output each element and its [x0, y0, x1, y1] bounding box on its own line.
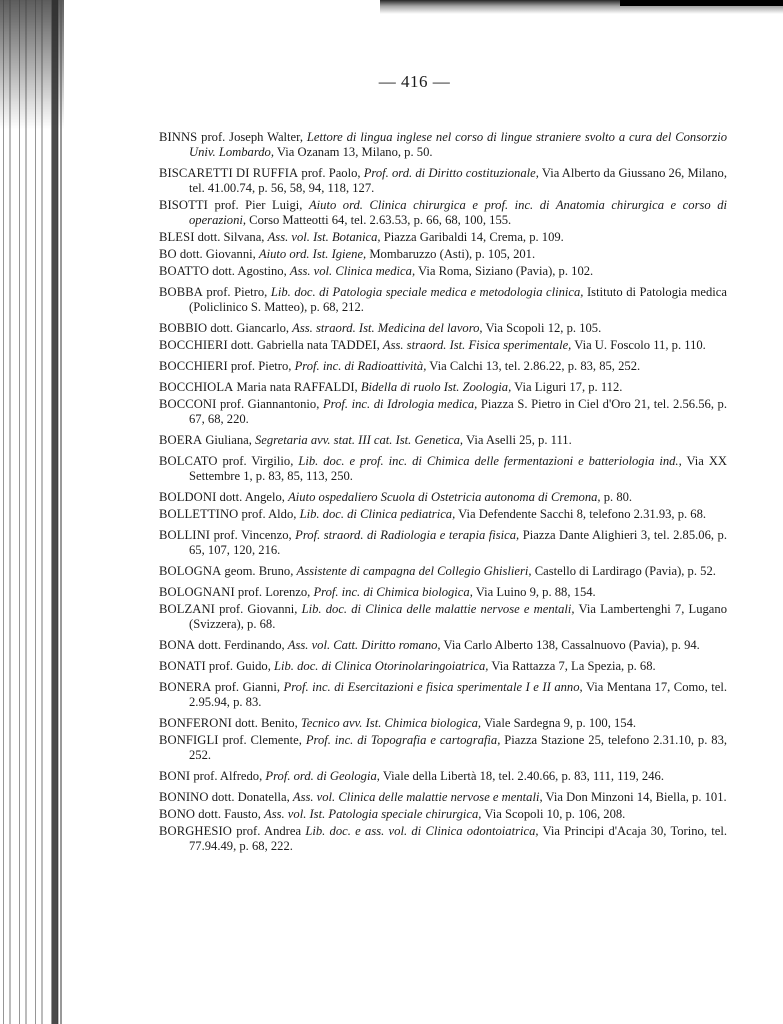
entry-role: Lib. doc. di Clinica pediatrica,: [300, 507, 456, 521]
entry-surname: BOLZANI: [159, 602, 215, 616]
directory-entry: BOLZANI prof. Giovanni, Lib. doc. di Cli…: [159, 602, 727, 632]
entry-name: dott. Fausto,: [195, 807, 264, 821]
binding-shadow: [52, 0, 58, 1024]
entry-name: geom. Bruno,: [221, 564, 296, 578]
entry-surname: BOLOGNA: [159, 564, 221, 578]
directory-entry: BOCCONI prof. Giannantonio, Prof. inc. d…: [159, 397, 727, 427]
entry-surname: BONINO: [159, 790, 209, 804]
entry-name: Maria nata RAFFALDI,: [233, 380, 360, 394]
entry-details: p. 80.: [601, 490, 632, 504]
entry-name: prof. Giannantonio,: [216, 397, 323, 411]
entry-role: Ass. vol. Ist. Patologia speciale chirur…: [264, 807, 481, 821]
directory-entry: BOBBA prof. Pietro, Lib. doc. di Patolog…: [159, 285, 727, 315]
entry-details: Mombaruzzo (Asti), p. 105, 201.: [366, 247, 535, 261]
entry-details: Via Scopoli 10, p. 106, 208.: [481, 807, 625, 821]
entry-name: dott. Giancarlo,: [207, 321, 292, 335]
entry-role: Prof. inc. di Esercitazioni e fisica spe…: [284, 680, 583, 694]
entry-surname: BONFIGLI: [159, 733, 219, 747]
entry-name: dott. Silvana,: [194, 230, 267, 244]
entry-role: Ass. vol. Ist. Botanica,: [268, 230, 381, 244]
directory-entry: BONA dott. Ferdinando, Ass. vol. Catt. D…: [159, 638, 727, 653]
entry-details: Via Ozanam 13, Milano, p. 50.: [274, 145, 433, 159]
entry-details: Via Liguri 17, p. 112.: [511, 380, 622, 394]
entry-role: Lib. doc. di Clinica delle malattie nerv…: [302, 602, 575, 616]
entry-surname: BO: [159, 247, 177, 261]
entry-details: Via Calchi 13, tel. 2.86.22, p. 83, 85, …: [426, 359, 640, 373]
entry-name: dott. Gabriella nata TADDEI,: [228, 338, 383, 352]
entry-surname: BOLCATO: [159, 454, 218, 468]
entry-surname: BLESI: [159, 230, 194, 244]
directory-entry: BONFERONI dott. Benito, Tecnico avv. Ist…: [159, 716, 727, 731]
entry-surname: BORGHESIO: [159, 824, 232, 838]
directory-entry: BISCARETTI DI RUFFIA prof. Paolo, Prof. …: [159, 166, 727, 196]
directory-entry: BOLCATO prof. Virgilio, Lib. doc. e prof…: [159, 454, 727, 484]
entry-surname: BOLLINI: [159, 528, 210, 542]
entry-surname: BISCARETTI DI RUFFIA: [159, 166, 298, 180]
entry-role: Prof. inc. di Idrologia medica,: [323, 397, 477, 411]
entry-name: dott. Giovanni,: [177, 247, 259, 261]
entry-name: prof. Giovanni,: [215, 602, 302, 616]
entry-name: prof. Guido,: [206, 659, 274, 673]
entry-surname: BONO: [159, 807, 195, 821]
directory-entry: BLESI dott. Silvana, Ass. vol. Ist. Bota…: [159, 230, 727, 245]
entry-role: Aiuto ospedaliero Scuola di Ostetricia a…: [288, 490, 601, 504]
directory-entry: BOCCHIOLA Maria nata RAFFALDI, Bidella d…: [159, 380, 727, 395]
entry-name: dott. Benito,: [232, 716, 301, 730]
entry-details: Via Aselli 25, p. 111.: [463, 433, 572, 447]
directory-entry: BISOTTI prof. Pier Luigi, Aiuto ord. Cli…: [159, 198, 727, 228]
entry-role: Ass. vol. Catt. Diritto romano,: [288, 638, 441, 652]
entry-name: prof. Vincenzo,: [210, 528, 295, 542]
entry-role: Segretaria avv. stat. III cat. Ist. Gene…: [255, 433, 463, 447]
entry-role: Tecnico avv. Ist. Chimica biologica,: [301, 716, 481, 730]
entry-role: Prof. straord. di Radiologia e terapia f…: [295, 528, 519, 542]
entry-surname: BOATTO: [159, 264, 209, 278]
entry-name: prof. Gianni,: [211, 680, 283, 694]
directory-entry: BOLLINI prof. Vincenzo, Prof. straord. d…: [159, 528, 727, 558]
entry-name: dott. Agostino,: [209, 264, 290, 278]
entry-surname: BOBBA: [159, 285, 203, 299]
directory-entry: BINNS prof. Joseph Walter, Lettore di li…: [159, 130, 727, 160]
directory-entry: BOATTO dott. Agostino, Ass. vol. Clinica…: [159, 264, 727, 279]
directory-entry: BONO dott. Fausto, Ass. vol. Ist. Patolo…: [159, 807, 727, 822]
entry-surname: BOERA: [159, 433, 202, 447]
entry-role: Aiuto ord. Ist. Igiene,: [259, 247, 366, 261]
entry-role: Ass. straord. Ist. Medicina del lavoro,: [292, 321, 482, 335]
entry-details: Piazza Garibaldi 14, Crema, p. 109.: [381, 230, 564, 244]
entry-name: prof. Pietro,: [203, 285, 271, 299]
entry-name: prof. Paolo,: [298, 166, 364, 180]
entry-surname: BOLOGNANI: [159, 585, 235, 599]
entry-name: dott. Donatella,: [209, 790, 293, 804]
directory-entry: BONI prof. Alfredo, Prof. ord. di Geolog…: [159, 769, 727, 784]
directory-entry: BO dott. Giovanni, Aiuto ord. Ist. Igien…: [159, 247, 727, 262]
entry-role: Lib. doc. di Clinica Otorinolaringoiatri…: [274, 659, 488, 673]
entry-details: Viale della Libertà 18, tel. 2.40.66, p.…: [380, 769, 664, 783]
entry-surname: BONA: [159, 638, 195, 652]
entry-role: Lib. doc. e prof. inc. di Chimica delle …: [298, 454, 681, 468]
entry-role: Lib. doc. di Patologia speciale medica e…: [271, 285, 584, 299]
entry-role: Ass. vol. Clinica delle malattie nervose…: [293, 790, 543, 804]
directory-entry: BONERA prof. Gianni, Prof. inc. di Eserc…: [159, 680, 727, 710]
directory-entry: BOLDONI dott. Angelo, Aiuto ospedaliero …: [159, 490, 727, 505]
entry-details: Corso Matteotti 64, tel. 2.63.53, p. 66,…: [246, 213, 511, 227]
entry-details: Viale Sardegna 9, p. 100, 154.: [481, 716, 636, 730]
directory-entry: BONINO dott. Donatella, Ass. vol. Clinic…: [159, 790, 727, 805]
entry-name: prof. Aldo,: [238, 507, 299, 521]
entry-surname: BOCCHIERI: [159, 338, 228, 352]
directory-entry: BOBBIO dott. Giancarlo, Ass. straord. Is…: [159, 321, 727, 336]
scanner-top-edge: [620, 0, 783, 6]
entry-role: Bidella di ruolo Ist. Zoologia,: [361, 380, 511, 394]
entry-name: dott. Angelo,: [216, 490, 288, 504]
entry-details: Via Roma, Siziano (Pavia), p. 102.: [415, 264, 593, 278]
directory-entry: BOLLETTINO prof. Aldo, Lib. doc. di Clin…: [159, 507, 727, 522]
entry-surname: BOLDONI: [159, 490, 216, 504]
directory-entry: BONFIGLI prof. Clemente, Prof. inc. di T…: [159, 733, 727, 763]
entry-surname: BONFERONI: [159, 716, 232, 730]
page-number: — 416 —: [0, 72, 783, 92]
entry-name: dott. Ferdinando,: [195, 638, 288, 652]
entry-name: prof. Pietro,: [228, 359, 295, 373]
directory-entry: BOERA Giuliana, Segretaria avv. stat. II…: [159, 433, 727, 448]
entry-details: Via U. Foscolo 11, p. 110.: [571, 338, 706, 352]
entry-name: prof. Lorenzo,: [235, 585, 314, 599]
entry-role: Lib. doc. e ass. vol. di Clinica odontoi…: [305, 824, 538, 838]
entry-surname: BOBBIO: [159, 321, 207, 335]
entry-details: Via Luino 9, p. 88, 154.: [473, 585, 596, 599]
entry-name: prof. Andrea: [232, 824, 305, 838]
entry-surname: BINNS: [159, 130, 197, 144]
directory-entry: BOCCHIERI prof. Pietro, Prof. inc. di Ra…: [159, 359, 727, 374]
entry-surname: BONERA: [159, 680, 211, 694]
directory-entry: BOCCHIERI dott. Gabriella nata TADDEI, A…: [159, 338, 727, 353]
entry-details: Via Scopoli 12, p. 105.: [483, 321, 602, 335]
directory-entries: BINNS prof. Joseph Walter, Lettore di li…: [159, 130, 727, 856]
directory-entry: BOLOGNANI prof. Lorenzo, Prof. inc. di C…: [159, 585, 727, 600]
binding-shadow-secondary: [60, 0, 62, 1024]
entry-surname: BOCCHIOLA: [159, 380, 233, 394]
entry-details: Via Rattazza 7, La Spezia, p. 68.: [488, 659, 655, 673]
directory-entry: BORGHESIO prof. Andrea Lib. doc. e ass. …: [159, 824, 727, 854]
directory-entry: BONATI prof. Guido, Lib. doc. di Clinica…: [159, 659, 727, 674]
entry-details: Castello di Lardirago (Pavia), p. 52.: [532, 564, 716, 578]
directory-entry: BOLOGNA geom. Bruno, Assistente di campa…: [159, 564, 727, 579]
entry-role: Assistente di campagna del Collegio Ghis…: [297, 564, 532, 578]
entry-surname: BONATI: [159, 659, 206, 673]
entry-role: Prof. inc. di Radioattività,: [295, 359, 427, 373]
entry-surname: BOCCHIERI: [159, 359, 228, 373]
entry-role: Prof. inc. di Chimica biologica,: [313, 585, 472, 599]
entry-details: Via Don Minzoni 14, Biella, p. 101.: [543, 790, 727, 804]
entry-role: Ass. straord. Ist. Fisica sperimentale,: [383, 338, 571, 352]
entry-name: prof. Joseph Walter,: [197, 130, 307, 144]
entry-role: Prof. ord. di Geologia,: [265, 769, 380, 783]
entry-name: prof. Clemente,: [219, 733, 306, 747]
entry-surname: BOCCONI: [159, 397, 216, 411]
entry-details: Via Defendente Sacchi 8, telefono 2.31.9…: [455, 507, 706, 521]
entry-role: Prof. inc. di Topografia e cartografia,: [306, 733, 501, 747]
entry-name: prof. Virgilio,: [218, 454, 299, 468]
entry-name: prof. Alfredo,: [190, 769, 265, 783]
entry-role: Prof. ord. di Diritto costituzionale,: [364, 166, 539, 180]
entry-name: Giuliana,: [202, 433, 255, 447]
entry-name: prof. Pier Luigi,: [208, 198, 309, 212]
entry-details: Via Carlo Alberto 138, Cassalnuovo (Pavi…: [441, 638, 700, 652]
entry-surname: BOLLETTINO: [159, 507, 238, 521]
entry-surname: BISOTTI: [159, 198, 208, 212]
entry-surname: BONI: [159, 769, 190, 783]
entry-role: Ass. vol. Clinica medica,: [290, 264, 415, 278]
